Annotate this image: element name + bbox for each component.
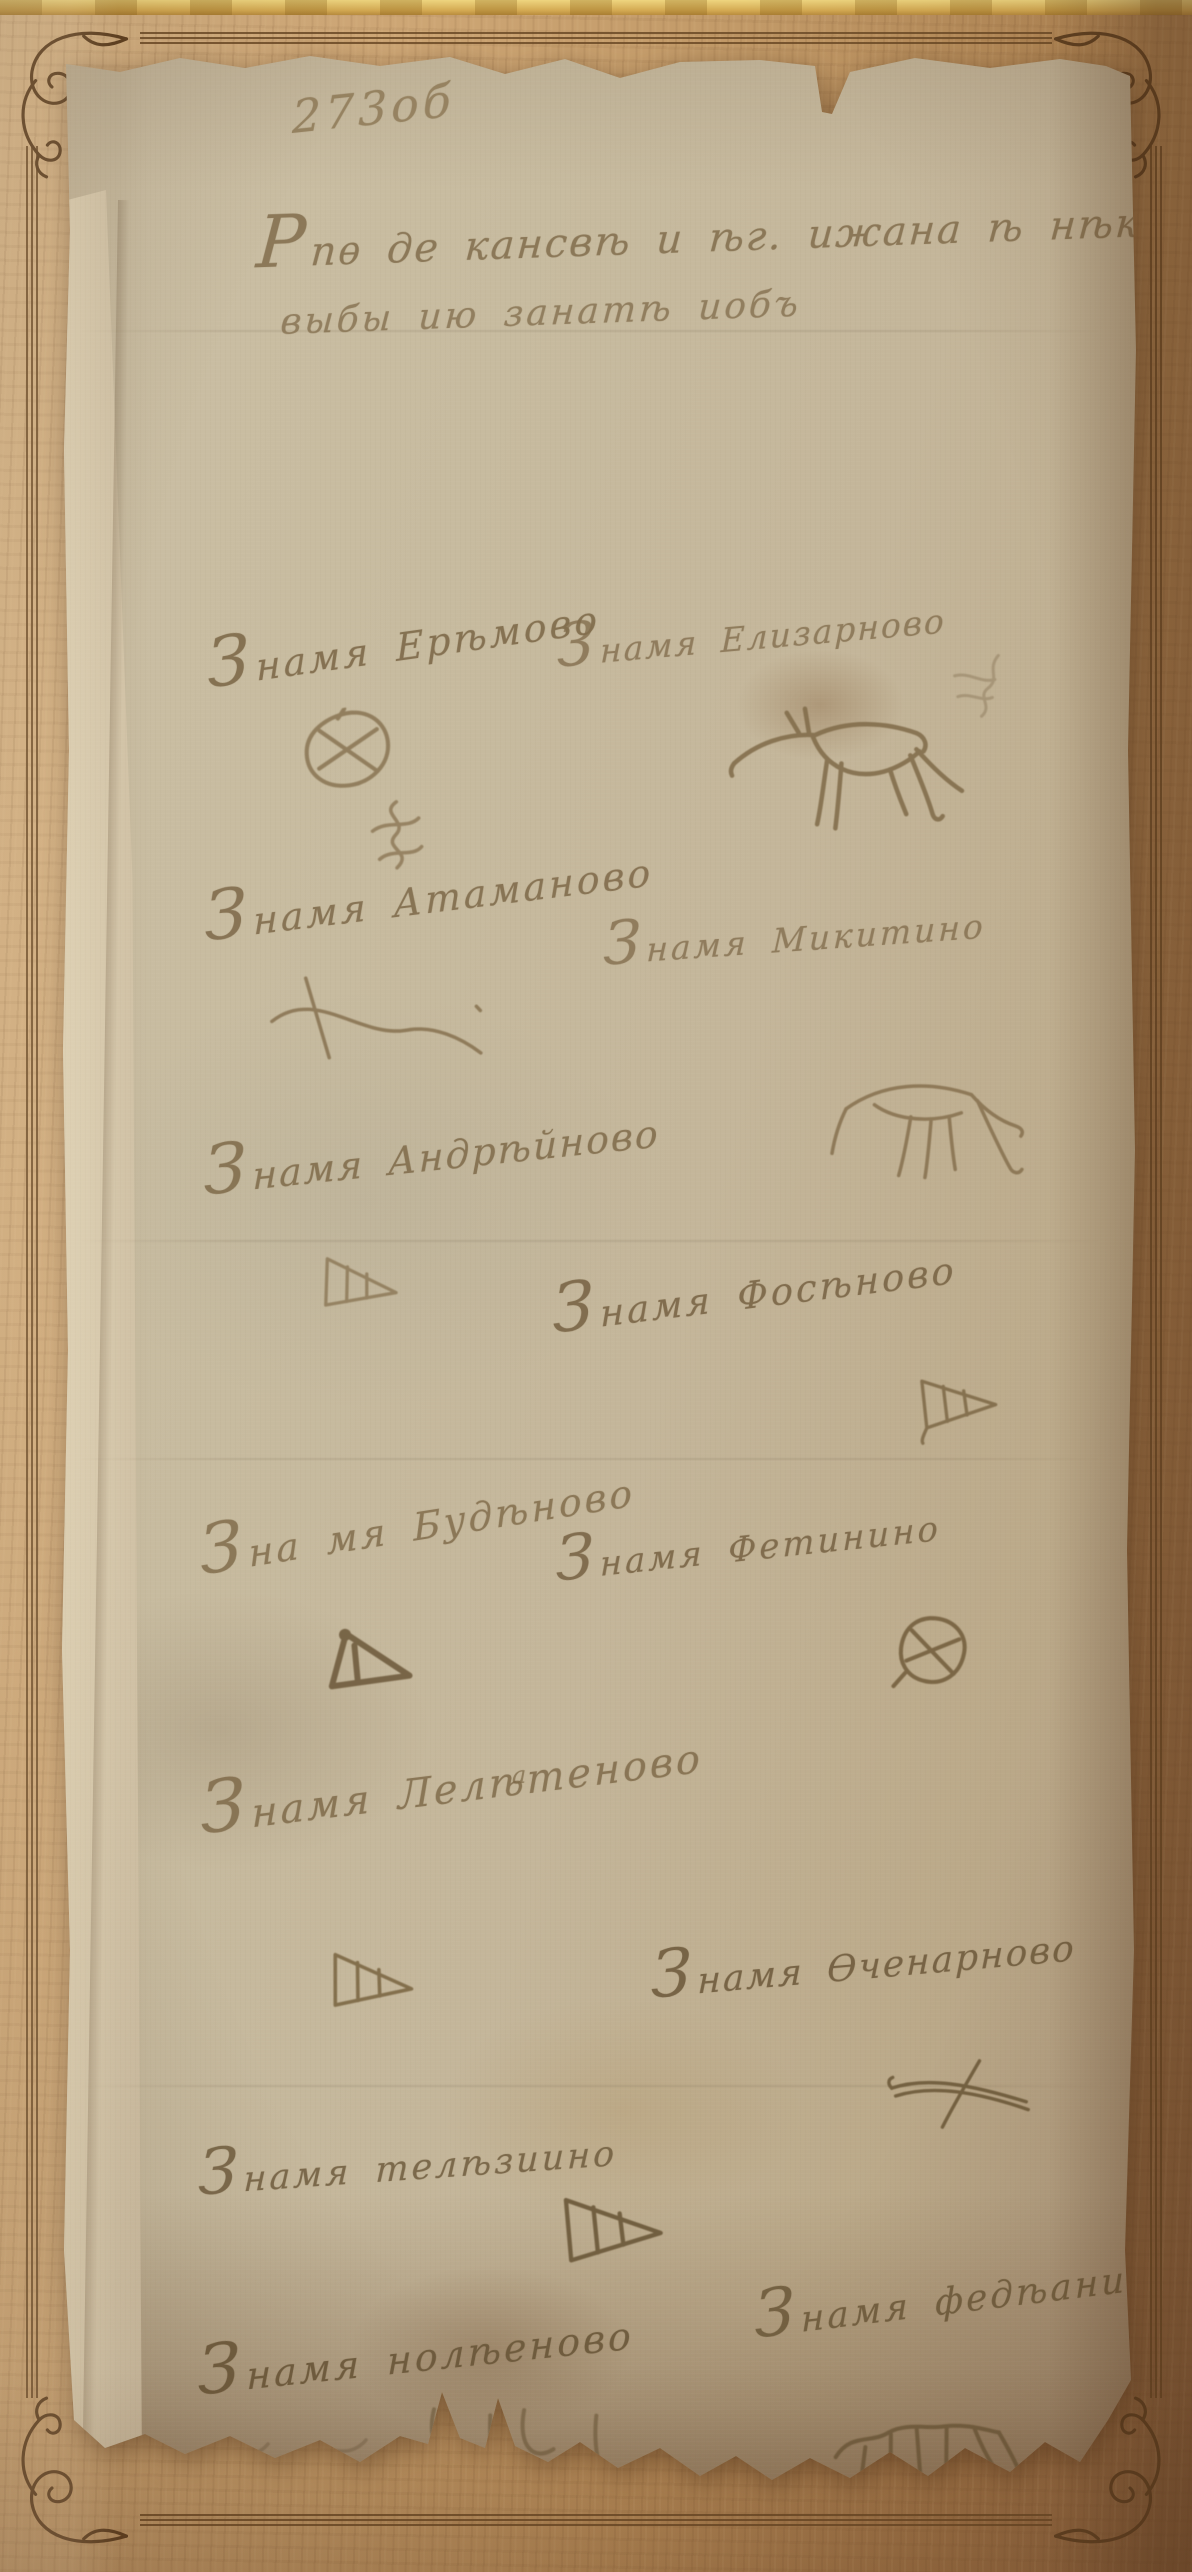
tamga-comb-triangle-4-icon <box>558 2183 670 2277</box>
tamga-cross-stroke-icon <box>883 2055 1035 2133</box>
entry-label-10: Знамя Ѳченарново <box>651 1901 1077 2014</box>
archival-scan-view: { "frame": { "style": "vintage-wood-bord… <box>0 0 1192 2572</box>
entry-label-4: Знамя Микитино <box>603 883 988 979</box>
entry-label-2: Знамя Елизарново <box>557 578 947 681</box>
partial-animal-figure-icon <box>827 2415 1027 2488</box>
partial-ink-curves-icon <box>416 2384 641 2488</box>
page-number: 273об <box>292 73 455 144</box>
header-line-1: Рпѳ де кансвѣ и ѣг. ижана ѣ нѣксо <box>254 167 1192 284</box>
entry-label-1: Знамя Ерѣмово <box>206 570 601 705</box>
tamga-crossed-circle-icon <box>288 698 408 800</box>
superscript-mark: а <box>512 1761 526 1791</box>
partial-ink-strokes-icon <box>193 2422 405 2478</box>
page-shadow-wrap: 273обРпѳ де кансвѣ и ѣг. ижана ѣ нѣксовы… <box>0 0 1192 2572</box>
entry-label-11: Знамя телѣзиино <box>197 2107 618 2210</box>
entry-label-6: Знамя Фосѣново <box>552 1220 957 1348</box>
tamga-bold-triangle-icon <box>322 1623 417 1700</box>
entry-label-9: Знамя Лелѣтеново <box>200 1704 703 1850</box>
tamga-bow-mark-icon <box>359 795 433 881</box>
entry-label-5: Знамя Андрѣйново <box>204 1084 660 1211</box>
tamga-fish-arrow-icon <box>264 968 489 1070</box>
tamga-comb-triangle-1-icon <box>308 1250 414 1323</box>
tamga-crossed-circle-2-icon <box>889 1608 975 1698</box>
manuscript-page: 273обРпѳ де кансвѣ и ѣг. ижана ѣ нѣксовы… <box>60 50 1140 2486</box>
ink-layer: 273обРпѳ де кансвѣ и ѣг. ижана ѣ нѣксовы… <box>60 50 1140 2486</box>
tamga-comb-triangle-2-icon <box>908 1369 1011 1448</box>
tamga-comb-triangle-3-icon <box>327 1943 420 2022</box>
faint-squiggle-icon <box>918 639 1034 735</box>
tamga-legged-animal-icon <box>830 1068 1032 1182</box>
entry-label-13: Знамя федѣани <box>754 2232 1128 2353</box>
header-line-2: выбы ию занатѣ иобъ <box>279 284 802 343</box>
